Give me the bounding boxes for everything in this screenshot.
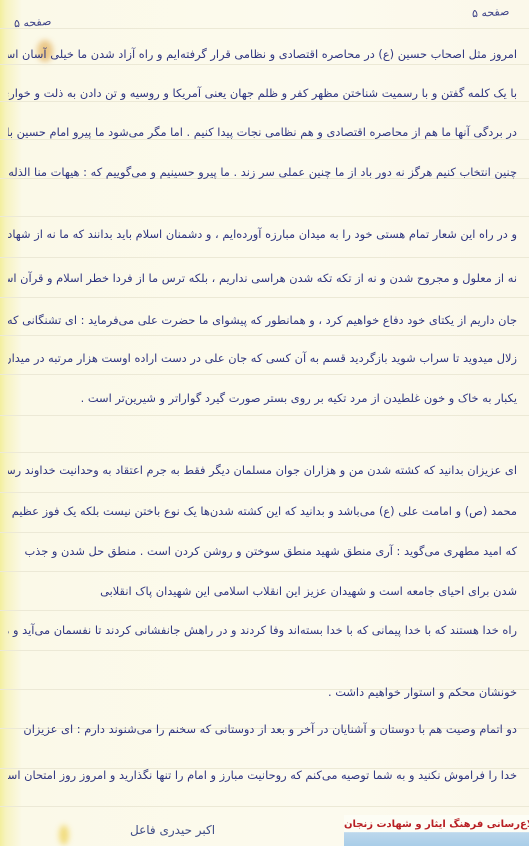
ruled-line [0,452,529,453]
letter-line: خدا را فراموش نکنید و به شما توصیه می‌کن… [8,767,517,783]
letter-line: نه از معلول و مجروح شدن و نه از تکه تکه … [8,270,517,286]
letter-line: چنین انتخاب کنیم هرگز نه دور باد از ما چ… [8,164,517,180]
letter-line: که امید مطهری می‌گوید : آری منطق شهید من… [8,543,517,559]
letter-line: راه خدا هستند که با خدا پیمانی که با خدا… [8,622,517,638]
signature: اکبر حیدری فاعل [130,823,215,837]
ruled-line [0,415,529,416]
letter-line: محمد (ص) و امامت علی (ع) می‌باشد و بدانی… [8,503,517,519]
page-number-mark: صفحه ۵ [471,5,509,21]
letter-line: خونشان محکم و استوار خواهیم داشت . [328,684,517,700]
letter-line: امروز مثل اصحاب حسین (ع) در محاصره اقتصا… [8,46,517,62]
ruled-line [0,297,529,298]
letter-line: یکبار به خاک و خون غلطیدن از مرد تکیه بر… [81,390,517,406]
watermark-banner: نوید شاهد پایگاه اطلاع‌رسانی فرهنگ ایثار… [344,815,529,846]
letter-line: در بردگی آنها ما هم از محاصره اقتصادی و … [8,124,517,140]
letter-line: شدن برای احیای جامعه است و شهیدان عزیز ا… [8,583,517,599]
ruled-line [0,216,529,217]
ruled-line [0,101,529,102]
ruled-line [0,492,529,493]
ruled-line [0,532,529,533]
ruled-line [0,64,529,65]
ruled-line [0,610,529,611]
watermark-caption: پایگاه اطلاع‌رسانی فرهنگ ایثار و شهادت ز… [344,818,529,832]
letter-line: دو اتمام وصیت هم با دوستان و آشنایان در … [8,721,517,737]
letter-line: با یک کلمه گفتن و با رسمیت شناختن مظهر ک… [8,85,517,101]
ruled-line [0,571,529,572]
letter-line: ای عزیزان بدانید که کشته شدن من و هزاران… [8,462,517,478]
letter-line: و در راه این شعار تمام هستی خود را به می… [8,226,517,242]
letter-line: جان داریم از یکتای خود دفاع خواهیم کرد ،… [8,312,517,328]
ruled-line [0,650,529,651]
ruled-line [0,257,529,258]
letter-line: زلال میدوید تا سراب شوید بازگردید قسم به… [8,350,517,366]
ruled-line [0,806,529,807]
ink-stain [59,825,69,845]
ruled-line [0,28,529,29]
ruled-line [0,335,529,336]
ruled-line [0,374,529,375]
page-number-mark-secondary: صفحه ۵ [14,15,52,31]
